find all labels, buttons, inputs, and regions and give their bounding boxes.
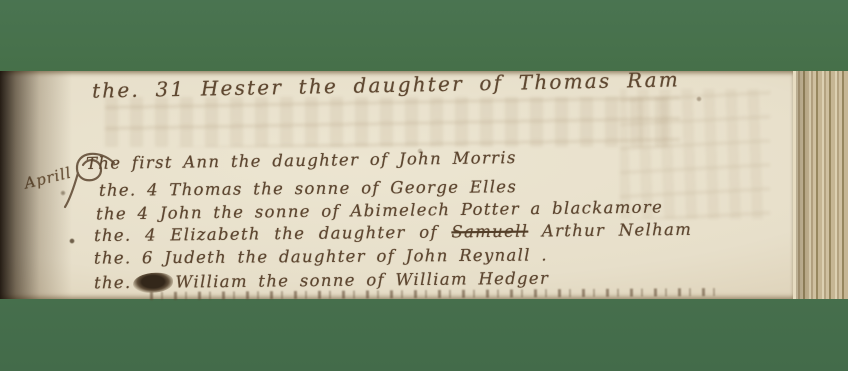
entry-text-before-blot: the. — [94, 273, 132, 292]
register-photograph: the. 31 Hester the daughter of Thomas Ra… — [0, 0, 848, 371]
manuscript-page: the. 31 Hester the daughter of Thomas Ra… — [0, 71, 793, 299]
ink-blot — [133, 273, 173, 293]
register-entry: the. 4 Thomas the sonne of George Elles — [99, 177, 517, 200]
entry-text-after-blot: William the sonne of William Hedger — [175, 269, 549, 292]
register-entry: the. 6 Judeth the daughter of John Reyna… — [94, 245, 548, 267]
stacked-page-edges — [793, 71, 848, 299]
book-gutter-shadow — [0, 71, 72, 299]
entry-text-before-correction: the. 4 Elizabeth the daughter of — [94, 223, 438, 246]
photo-background-top — [0, 0, 848, 71]
ink-bleedthrough-smudge — [105, 97, 680, 147]
register-entry-with-correction: the. 4 Elizabeth the daughter of Samuell… — [94, 220, 692, 245]
entry-text-after-correction: Arthur Nelham — [542, 220, 693, 241]
struck-through-name: Samuell — [451, 222, 528, 242]
header-entry-line: the. 31 Hester the daughter of Thomas Ra… — [92, 67, 680, 102]
register-entry: The first Ann the daughter of John Morri… — [86, 148, 517, 173]
photo-background-bottom — [0, 299, 848, 371]
register-entry: the 4 John the sonne of Abimelech Potter… — [96, 198, 663, 224]
